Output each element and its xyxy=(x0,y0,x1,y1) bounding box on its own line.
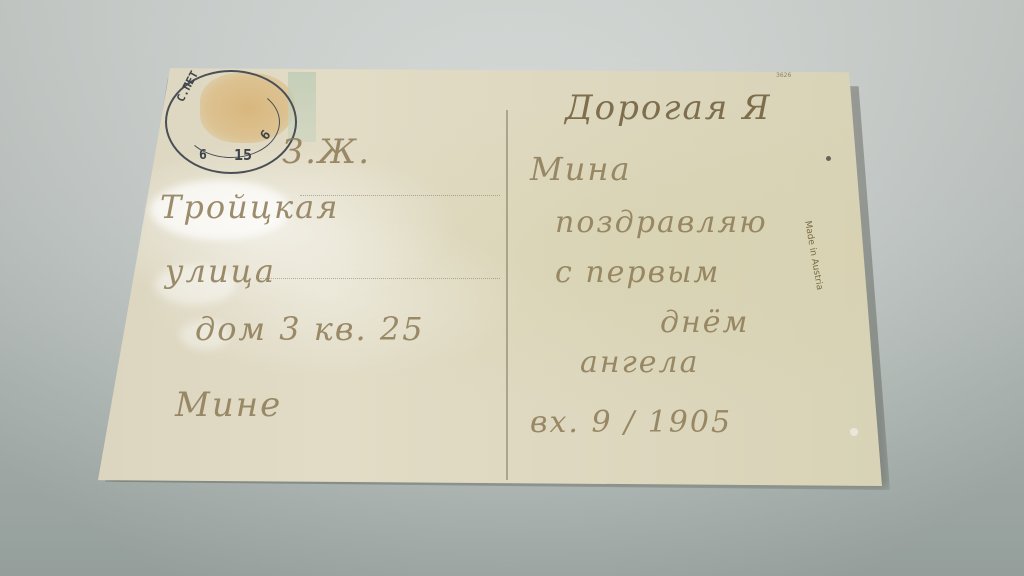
postmark-day: 6 xyxy=(199,148,207,163)
handwriting-right-line-4: с первым xyxy=(555,255,720,290)
handwriting-right-line-6: ангела xyxy=(580,345,700,380)
handwriting-left-line-4: дом 3 кв. 25 xyxy=(195,310,425,348)
address-line xyxy=(260,278,500,279)
handwriting-right-line-7: вх. 9 / 1905 xyxy=(530,405,732,440)
paper-chip xyxy=(850,428,858,436)
postmark-month: 15 xyxy=(234,146,252,164)
handwriting-right-line-3: поздравляю xyxy=(555,205,768,240)
postmark-inner-ring xyxy=(182,86,280,158)
handwriting-right-line-1: Дорогая Я xyxy=(565,88,772,128)
handwriting-left-line-5: Мине xyxy=(175,385,282,425)
center-divider-line xyxy=(506,110,508,480)
handwriting-right-line-5: днём xyxy=(660,305,749,340)
corner-code: 3626 xyxy=(776,72,791,79)
handwriting-left-line-2: Тройцкая xyxy=(160,188,339,226)
handwriting-right-line-2: Мина xyxy=(530,150,632,188)
pin-hole xyxy=(826,156,831,161)
handwriting-left-line-1: З.Ж. xyxy=(282,132,371,172)
handwriting-left-line-3: улица xyxy=(165,252,276,290)
